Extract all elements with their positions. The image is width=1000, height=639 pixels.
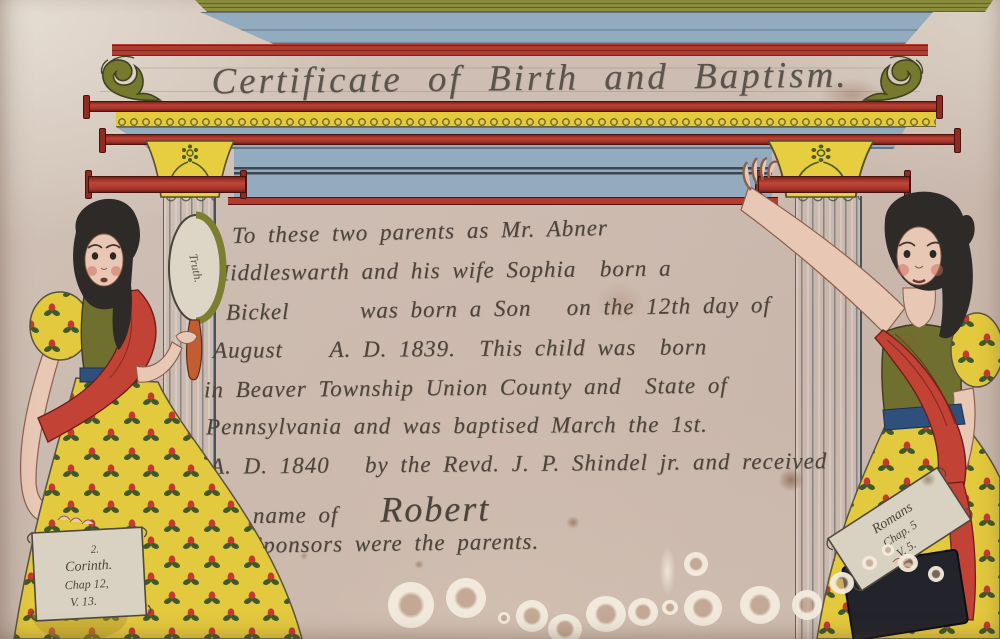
water-smear xyxy=(660,548,675,594)
water-spot xyxy=(928,566,944,582)
water-spot xyxy=(446,578,486,618)
certificate-photo: Certificate of Birth and Baptism. xyxy=(0,0,1000,639)
pointing-hand xyxy=(744,158,777,190)
water-spot xyxy=(684,552,708,576)
cornice-blue-band xyxy=(200,12,933,44)
water-spot xyxy=(662,600,678,615)
rod-finial xyxy=(936,95,943,119)
scroll-line: V. 13. xyxy=(70,594,97,609)
water-spot xyxy=(548,614,582,639)
water-spot xyxy=(830,572,854,594)
red-rod-upper xyxy=(86,101,940,112)
scroll-line: 2. xyxy=(90,544,99,556)
stain xyxy=(566,516,580,529)
water-spot xyxy=(684,590,722,626)
left-scripture-scroll: 2. Corinth. Chap 12, V. 13. xyxy=(27,527,151,621)
rod-finial xyxy=(99,128,106,153)
scroll-line: Corinth. xyxy=(65,558,113,575)
water-spot xyxy=(498,612,510,624)
child-name: Robert xyxy=(380,489,490,530)
water-spot xyxy=(898,554,918,572)
raised-arm xyxy=(741,186,905,334)
water-spot xyxy=(862,556,877,570)
scallop-band xyxy=(116,111,936,127)
mouth xyxy=(100,278,107,283)
left-figure-woman: Truth. 2. Corinth. Chap 12, V. 13. xyxy=(0,190,320,639)
water-spot xyxy=(628,598,658,626)
hand xyxy=(176,332,197,344)
acanthus-scroll-right-icon xyxy=(860,52,928,104)
certificate-title: Certificate of Birth and Baptism. xyxy=(150,54,910,104)
cornice-green-band xyxy=(195,0,993,12)
rod-finial xyxy=(83,95,90,119)
mirror-handle xyxy=(186,320,201,380)
neck xyxy=(903,288,935,328)
water-spot xyxy=(882,544,894,556)
water-spot xyxy=(516,600,548,632)
water-spot xyxy=(586,596,626,632)
stain xyxy=(414,560,424,569)
acanthus-scroll-left-icon xyxy=(96,52,164,104)
water-spot xyxy=(792,590,822,620)
scroll-line: Chap 12, xyxy=(64,576,109,592)
water-spot xyxy=(740,586,780,624)
water-spot xyxy=(388,582,434,628)
